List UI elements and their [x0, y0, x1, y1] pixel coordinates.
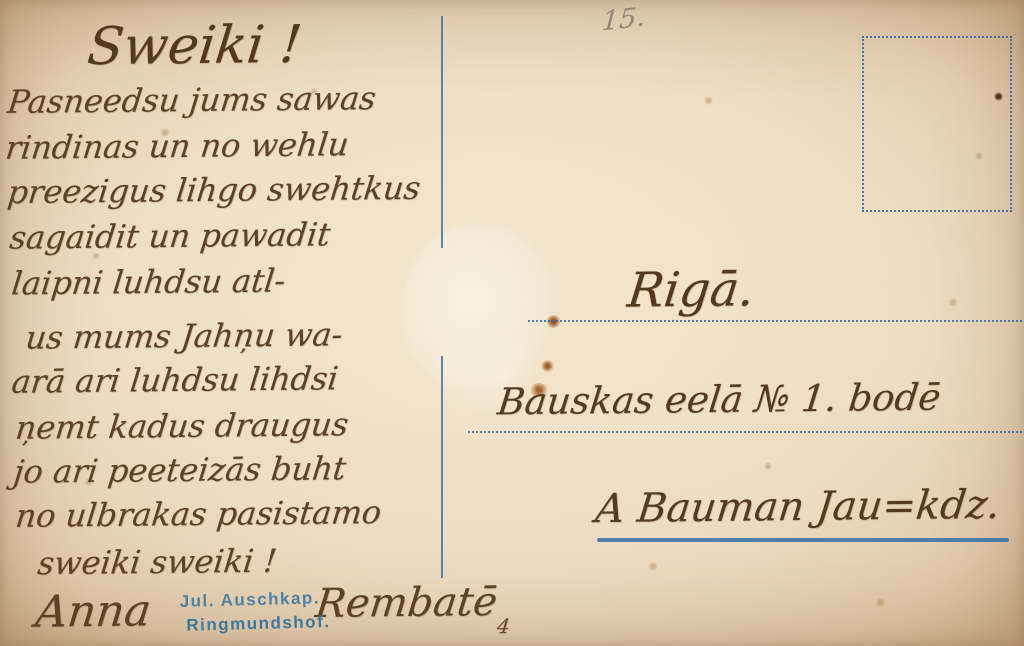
corner-pen-mark: 4 [496, 614, 511, 638]
message-line: us mums Jahņu wa- [24, 318, 344, 353]
address-rule-2 [468, 431, 1022, 433]
paper-freckle [648, 562, 658, 571]
address-street: Bauskas eelā № 1. bodē [495, 376, 942, 424]
message-line: sagaidit un pawadit [8, 218, 332, 253]
paper-freckle [704, 96, 713, 105]
publisher-stamp-line2: Ringmundshof. [186, 610, 331, 638]
paper-freckle [948, 298, 958, 307]
message-line: ņemt kadus draugus [14, 408, 350, 443]
address-city: Rigā. [625, 261, 758, 318]
postage-stamp-box [862, 36, 1012, 212]
address-rule-3 [597, 538, 1009, 542]
message-line: Pasneedsu jums sawas [6, 82, 378, 118]
address-rule-1 [528, 320, 1022, 322]
publisher-stamp: Jul. Auschkap. Ringmundshof. [179, 586, 330, 638]
message-line: arā ari luhdsu lihdsi [10, 362, 340, 397]
pencil-number-note: 15. [601, 1, 646, 37]
message-line: no ulbrakas pasistamo [14, 496, 383, 532]
postcard-back: 15. Sweiki ! Pasneedsu jums sawas rindin… [0, 0, 1024, 646]
signature-place: Rembatē [313, 579, 499, 627]
address-recipient: A Bauman Jau=kdz. [593, 482, 1002, 532]
paper-freckle [875, 598, 886, 607]
message-line: preezigus lihgo swehtkus [6, 172, 422, 208]
paper-freckle [764, 462, 772, 470]
message-line: laipni luhdsu atl- [10, 265, 287, 300]
rust-stain [541, 360, 554, 372]
center-divider-line-lower [441, 356, 443, 578]
message-greeting: Sweiki ! [84, 15, 304, 77]
signature-first-name: Anna [33, 585, 154, 637]
message-line: jo ari peeteizās buht [12, 452, 348, 487]
center-divider-line-upper [441, 16, 443, 248]
message-line: rindinas un no wehlu [4, 128, 350, 164]
message-line: sweiki sweiki ! [36, 545, 278, 579]
